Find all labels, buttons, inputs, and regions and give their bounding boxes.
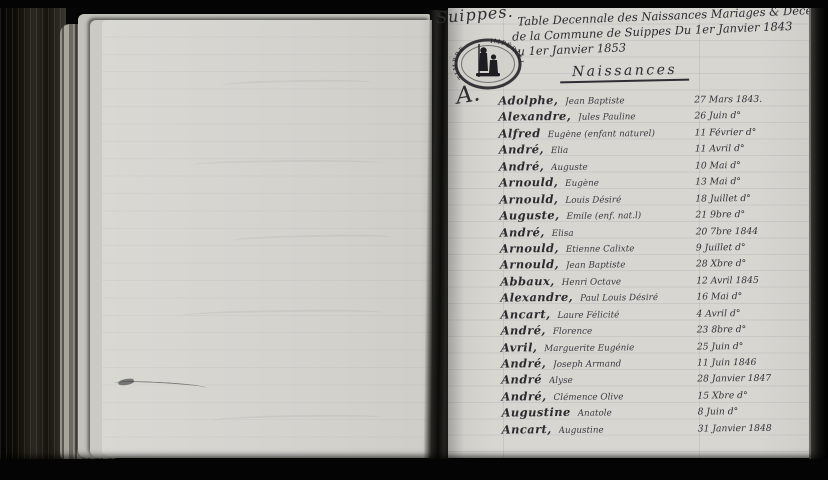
bleed-through-mark bbox=[222, 79, 372, 90]
record-date: 25 Juin d° bbox=[697, 340, 807, 352]
record-date: 18 Juillet d° bbox=[695, 192, 805, 204]
record-date: 15 Xbre d° bbox=[697, 389, 807, 401]
record-surname: Arnould, bbox=[500, 257, 559, 272]
record-surname: André, bbox=[499, 159, 544, 173]
record-date: 4 Avril d° bbox=[696, 307, 806, 319]
record-date: 13 Mai d° bbox=[695, 176, 805, 188]
record-date: 31 Janvier 1848 bbox=[698, 422, 808, 434]
record-given-names: Joseph Armand bbox=[553, 359, 697, 371]
record-given-names: Eugène bbox=[565, 178, 695, 189]
record-given-names: Marguerite Eugénie bbox=[544, 342, 697, 354]
record-date: 28 Xbre d° bbox=[696, 258, 806, 270]
record-given-names: Anatole bbox=[578, 408, 698, 419]
record-surname: Avril, bbox=[501, 340, 537, 354]
record-date: 11 Juin 1846 bbox=[697, 356, 807, 368]
record-given-names: Augustine bbox=[559, 424, 698, 435]
bleed-through-mark bbox=[232, 233, 392, 244]
alphabet-margin-letter: A. bbox=[454, 80, 482, 109]
record-given-names: Élisa bbox=[552, 227, 696, 239]
record-given-names: Laure Félicité bbox=[557, 309, 696, 320]
record-given-names: Louis Désiré bbox=[565, 194, 695, 205]
record-surname: André, bbox=[500, 225, 545, 239]
record-surname: Arnould, bbox=[499, 192, 558, 207]
record-surname: André, bbox=[499, 142, 544, 156]
record-surname: André, bbox=[501, 356, 546, 370]
record-date: 23 8bre d° bbox=[697, 324, 807, 336]
record-surname: Ancart, bbox=[500, 307, 550, 322]
record-date: 20 7bre 1844 bbox=[696, 225, 806, 237]
record-date: 16 Mai d° bbox=[696, 291, 806, 303]
record-date: 26 Juin d° bbox=[694, 110, 804, 122]
table-row: Ancart, Augustine 31 Janvier 1848 bbox=[502, 419, 808, 439]
record-given-names: Henri Octave bbox=[562, 276, 697, 287]
book-spine bbox=[0, 0, 66, 480]
record-date: 9 Juillet d° bbox=[696, 241, 806, 253]
records-table: Adolphe, Jean Baptiste 27 Mars 1843. Ale… bbox=[498, 90, 808, 438]
record-given-names: Jean Baptiste bbox=[565, 96, 694, 107]
record-date: 27 Mars 1843. bbox=[694, 93, 804, 105]
record-given-names: Auguste bbox=[551, 161, 695, 173]
record-date: 11 Février d° bbox=[695, 126, 805, 138]
record-given-names: Alyse bbox=[549, 375, 697, 387]
record-given-names: Élia bbox=[551, 145, 695, 157]
record-given-names: Étienne Calixte bbox=[566, 243, 696, 254]
record-surname: Augustine bbox=[501, 405, 570, 420]
bleed-through-mark bbox=[212, 414, 382, 425]
record-given-names: Jules Pauline bbox=[578, 112, 694, 123]
left-blank-page bbox=[102, 20, 432, 456]
right-register-page: Suippes. Table Decennale des Naissances … bbox=[448, 8, 812, 458]
record-given-names: Clémence Olive bbox=[553, 391, 697, 403]
record-date: 28 Janvier 1847 bbox=[697, 373, 807, 385]
record-surname: Abbaux, bbox=[500, 274, 555, 289]
record-surname: Auguste, bbox=[499, 208, 559, 223]
record-surname: Ancart, bbox=[502, 422, 552, 437]
record-surname: Adolphe, bbox=[498, 93, 558, 108]
record-surname: André, bbox=[501, 323, 546, 337]
bleed-through-mark bbox=[182, 309, 382, 320]
bleed-through-mark bbox=[192, 159, 382, 169]
record-given-names: Paul Louis Désiré bbox=[580, 293, 696, 304]
record-surname: Alexandre, bbox=[500, 290, 573, 305]
page-title: Table Decennale des Naissances Mariages … bbox=[509, 3, 811, 59]
record-surname: André, bbox=[501, 389, 546, 403]
record-given-names: Eugène (enfant naturel) bbox=[548, 128, 695, 140]
record-given-names: Émile (enf. nat.l) bbox=[566, 211, 695, 222]
record-given-names: Florence bbox=[553, 326, 697, 338]
record-date: 8 Juin d° bbox=[697, 406, 807, 418]
record-date: 21 9bre d° bbox=[695, 208, 805, 220]
scanned-register-photo: Suippes. Table Decennale des Naissances … bbox=[0, 0, 828, 480]
photo-black-margin-top bbox=[0, 0, 828, 8]
record-surname: Arnould, bbox=[500, 241, 559, 256]
record-given-names: Jean Baptiste bbox=[566, 260, 696, 271]
record-surname: André bbox=[501, 373, 542, 387]
record-surname: Alfred bbox=[499, 126, 541, 140]
record-surname: Arnould, bbox=[499, 175, 558, 190]
record-date: 10 Mai d° bbox=[695, 159, 805, 171]
section-heading-naissances: Naissances bbox=[560, 62, 689, 84]
record-date: 11 Avril d° bbox=[695, 143, 805, 155]
record-surname: Alexandre, bbox=[498, 109, 571, 124]
book-right-edge bbox=[809, 0, 828, 480]
record-date: 12 Avril 1845 bbox=[696, 274, 806, 286]
photo-black-margin-bottom bbox=[0, 459, 828, 480]
